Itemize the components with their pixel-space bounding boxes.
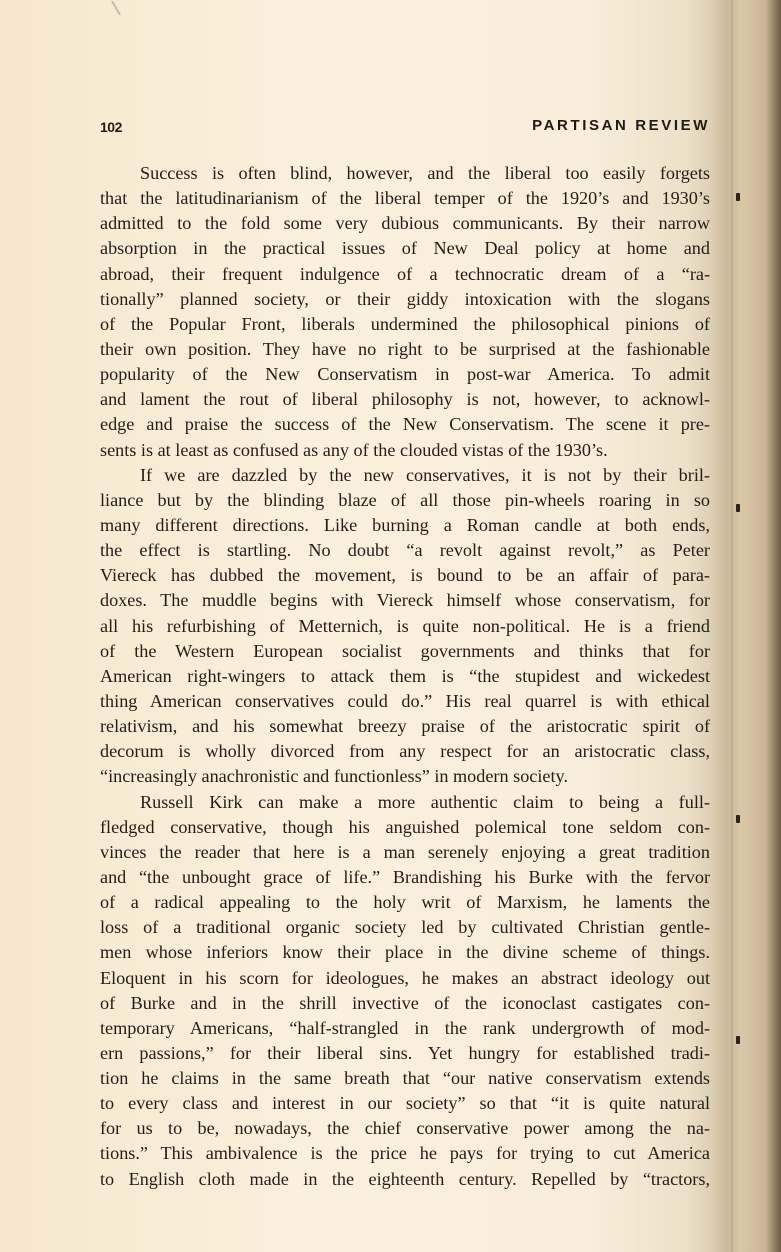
text-line: Eloquent in his scorn for ideologues, he… xyxy=(100,966,710,991)
text-line: of a radical appealing to the holy writ … xyxy=(100,890,710,915)
text-line: popularity of the New Conservatism in po… xyxy=(100,362,710,387)
text-line: Viereck has dubbed the movement, is boun… xyxy=(100,563,710,588)
text-line: all his refurbishing of Metternich, is q… xyxy=(100,614,710,639)
facing-page-ink-mark xyxy=(736,504,740,512)
text-line: abroad, their frequent indulgence of a t… xyxy=(100,262,710,287)
text-line: thing American conservatives could do.” … xyxy=(100,689,710,714)
text-line: their own position. They have no right t… xyxy=(100,337,710,362)
text-line: fledged conservative, though his anguish… xyxy=(100,815,710,840)
text-line: to every class and interest in our socie… xyxy=(100,1091,710,1116)
text-line: the effect is startling. No doubt “a rev… xyxy=(100,538,710,563)
body-text: Success is often blind, however, and the… xyxy=(100,161,710,1192)
text-line: vinces the reader that here is a man ser… xyxy=(100,840,710,865)
text-line: and “the unbought grace of life.” Brandi… xyxy=(100,865,710,890)
text-line: men whose inferiors know their place in … xyxy=(100,940,710,965)
facing-page-ink-mark xyxy=(736,1036,740,1044)
text-line: of Burke and in the shrill invective of … xyxy=(100,991,710,1016)
text-line: of the Western European socialist govern… xyxy=(100,639,710,664)
text-line: temporary Americans, “half-strangled in … xyxy=(100,1016,710,1041)
text-line: “increasingly anachronistic and function… xyxy=(100,764,710,789)
paragraph: If we are dazzled by the new conservativ… xyxy=(100,463,710,790)
page-number: 102 xyxy=(100,119,122,135)
text-line: Russell Kirk can make a more authentic c… xyxy=(100,790,710,815)
paragraph: Russell Kirk can make a more authentic c… xyxy=(100,790,710,1192)
text-line: sents is at least as confused as any of … xyxy=(100,438,710,463)
text-line: American right-wingers to attack them is… xyxy=(100,664,710,689)
text-line: loss of a traditional organic society le… xyxy=(100,915,710,940)
book-page: 102 PARTISAN REVIEW Success is often bli… xyxy=(0,0,781,1252)
text-line: ern passions,” for their liberal sins. Y… xyxy=(100,1041,710,1066)
text-line: absorption in the practical issues of Ne… xyxy=(100,236,710,261)
text-line: tion he claims in the same breath that “… xyxy=(100,1066,710,1091)
text-line: doxes. The muddle begins with Viereck hi… xyxy=(100,588,710,613)
text-line: admitted to the fold some very dubious c… xyxy=(100,211,710,236)
text-line: tions.” This ambivalence is the price he… xyxy=(100,1141,710,1166)
text-line: liance but by the blinding blaze of all … xyxy=(100,488,710,513)
running-head: PARTISAN REVIEW xyxy=(532,117,710,134)
text-line: tionally” planned society, or their gidd… xyxy=(100,287,710,312)
text-line: decorum is wholly divorced from any resp… xyxy=(100,739,710,764)
page-gutter xyxy=(731,0,733,1252)
facing-page-ink-mark xyxy=(736,815,740,823)
text-line: to English cloth made in the eighteenth … xyxy=(100,1167,710,1192)
text-line: many different directions. Like burning … xyxy=(100,513,710,538)
text-line: and lament the rout of liberal philosoph… xyxy=(100,387,710,412)
text-line: relativism, and his somewhat breezy prai… xyxy=(100,714,710,739)
text-line: for us to be, nowadays, the chief conser… xyxy=(100,1116,710,1141)
text-line: of the Popular Front, liberals undermine… xyxy=(100,312,710,337)
text-line: edge and praise the success of the New C… xyxy=(100,412,710,437)
text-line: that the latitudinarianism of the libera… xyxy=(100,186,710,211)
text-line: Success is often blind, however, and the… xyxy=(100,161,710,186)
page-header: 102 PARTISAN REVIEW xyxy=(100,117,710,139)
facing-page-ink-mark xyxy=(736,193,740,201)
paragraph: Success is often blind, however, and the… xyxy=(100,161,710,463)
text-line: If we are dazzled by the new conservativ… xyxy=(100,463,710,488)
page-crease-mark xyxy=(111,1,121,16)
